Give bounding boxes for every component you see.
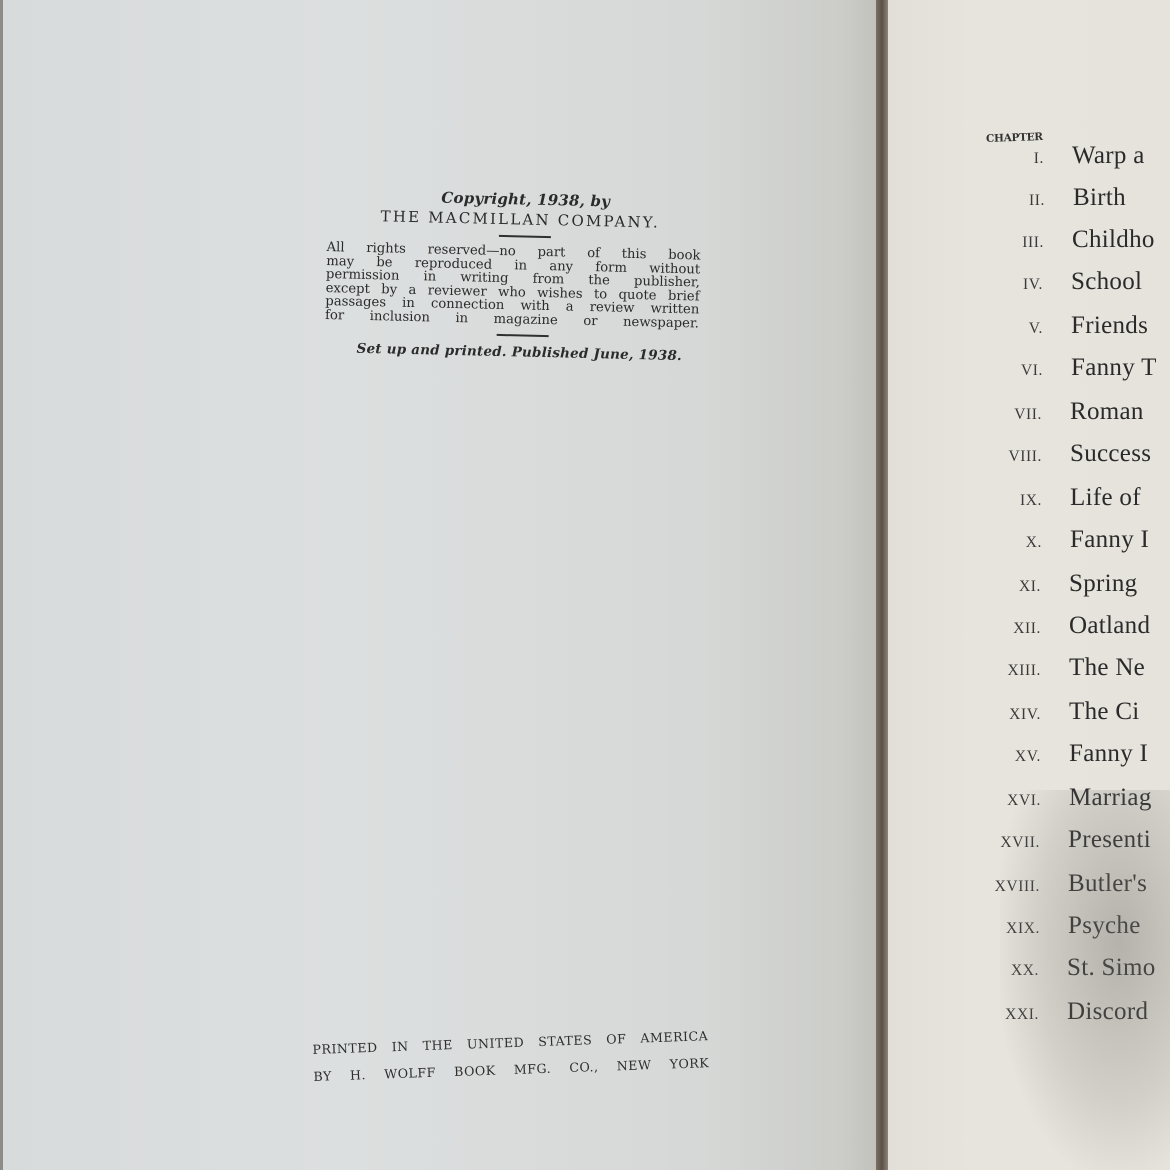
chapter-number: XV.	[977, 748, 1041, 766]
chapter-number: VIII.	[978, 448, 1042, 466]
chapter-title: Roman	[1070, 398, 1144, 426]
printer-imprint: PRINTED IN THE UNITED STATES OF AMERICA …	[312, 1022, 710, 1090]
chapter-number: III.	[980, 234, 1044, 252]
chapter-number: X.	[978, 534, 1042, 552]
chapter-title: School	[1071, 268, 1142, 296]
chapter-title: Oatland	[1069, 612, 1150, 640]
chapter-title: Warp a	[1072, 142, 1145, 170]
chapter-number: XII.	[977, 620, 1041, 638]
chapter-title: Discord	[1067, 998, 1148, 1026]
chapter-number: IV.	[979, 276, 1043, 294]
toc-entry: VII. Roman	[978, 398, 1170, 432]
chapter-title: Presenti	[1068, 826, 1151, 854]
toc-entry: II. Birth	[981, 184, 1170, 218]
chapter-number: VII.	[978, 406, 1042, 424]
book-gutter	[876, 0, 888, 1170]
publication-date-line: Set up and printed. Published June, 1938…	[336, 340, 702, 364]
toc-entry: IV. School	[979, 268, 1170, 302]
chapter-title: Spring	[1069, 570, 1137, 598]
toc-entry: XIII. The Ne	[977, 654, 1170, 688]
chapter-number: XVII.	[976, 834, 1040, 852]
chapter-number: XIII.	[977, 662, 1041, 680]
toc-entry: XIV. The Ci	[977, 698, 1170, 732]
chapter-number: XIV.	[977, 706, 1041, 724]
toc-entry: V. Friends	[979, 312, 1170, 346]
toc-entry: X. Fanny I	[978, 526, 1170, 560]
toc-entry: XXI. Discord	[975, 998, 1170, 1032]
chapter-number: XIX.	[976, 920, 1040, 938]
chapter-title: The Ci	[1069, 698, 1140, 726]
chapter-number: IX.	[978, 492, 1042, 510]
chapter-title: The Ne	[1069, 654, 1145, 682]
chapter-number: XVI.	[977, 792, 1041, 810]
toc-entry: XI. Spring	[977, 570, 1170, 604]
chapter-number: XVIII.	[976, 878, 1040, 896]
toc-entry: XVIII. Butler's	[976, 870, 1170, 904]
toc-entry: I. Warp a	[980, 142, 1170, 176]
chapter-title: Success	[1070, 440, 1151, 468]
toc-entry: XVII. Presenti	[976, 826, 1170, 860]
chapter-number: XXI.	[975, 1006, 1039, 1024]
toc-entry: VIII. Success	[978, 440, 1170, 474]
chapter-title: St. Simo	[1067, 954, 1156, 982]
chapter-title: Psyche	[1068, 912, 1141, 940]
chapter-title: Butler's	[1068, 870, 1147, 898]
chapter-number: V.	[979, 320, 1043, 338]
chapter-title: Marriag	[1069, 784, 1152, 812]
chapter-number: XI.	[977, 578, 1041, 596]
toc-entry: XIX. Psyche	[976, 912, 1170, 946]
chapter-number: VI.	[979, 362, 1043, 380]
toc-entry: XII. Oatland	[977, 612, 1170, 646]
chapter-number: XX.	[975, 962, 1039, 980]
chapter-title: Fanny T	[1071, 354, 1157, 382]
left-page-copyright: Copyright, 1938, by THE MACMILLAN COMPAN…	[0, 0, 876, 1170]
chapter-title: Childho	[1072, 226, 1155, 254]
chapter-number: II.	[981, 192, 1045, 210]
chapter-title: Life of	[1070, 484, 1141, 512]
toc-entry: III. Childho	[980, 226, 1170, 260]
copyright-notice: Copyright, 1938, by THE MACMILLAN COMPAN…	[322, 186, 706, 364]
toc-entry: XVI. Marriag	[977, 784, 1170, 818]
toc-entry: VI. Fanny T	[979, 354, 1170, 388]
chapter-number: I.	[980, 150, 1044, 168]
rights-reserved-text: All rights reserved—no part of this book…	[323, 241, 705, 331]
chapter-title: Fanny I	[1069, 740, 1148, 768]
chapter-title: Friends	[1071, 312, 1148, 340]
chapter-title: Birth	[1073, 184, 1126, 212]
toc-entry: XV. Fanny I	[977, 740, 1170, 774]
toc-entry: IX. Life of	[978, 484, 1170, 518]
divider-rule	[497, 333, 549, 336]
chapter-title: Fanny I	[1070, 526, 1149, 554]
divider-rule	[499, 235, 551, 238]
toc-entry: XX. St. Simo	[975, 954, 1170, 988]
